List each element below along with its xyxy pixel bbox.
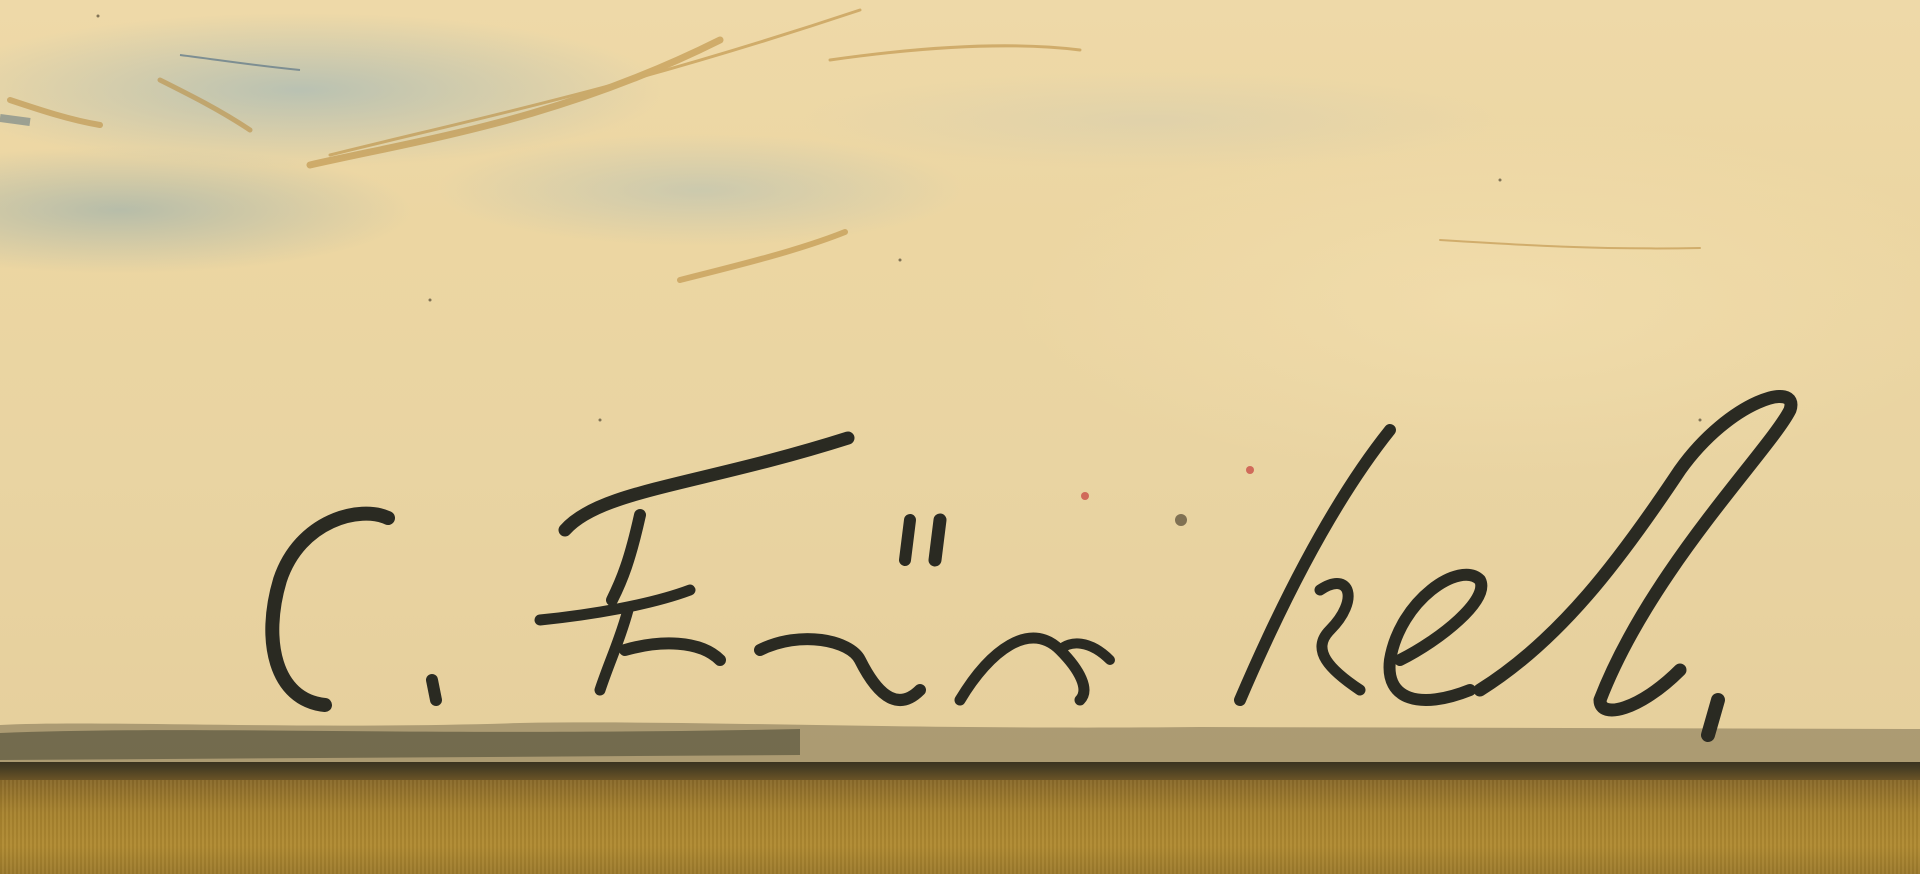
painting-closeup: C. Fränkel. bbox=[0, 0, 1920, 874]
artist-signature: C. Fränkel. bbox=[0, 0, 1920, 768]
gilded-frame bbox=[0, 780, 1920, 874]
frame-inner-edge bbox=[0, 762, 1920, 780]
